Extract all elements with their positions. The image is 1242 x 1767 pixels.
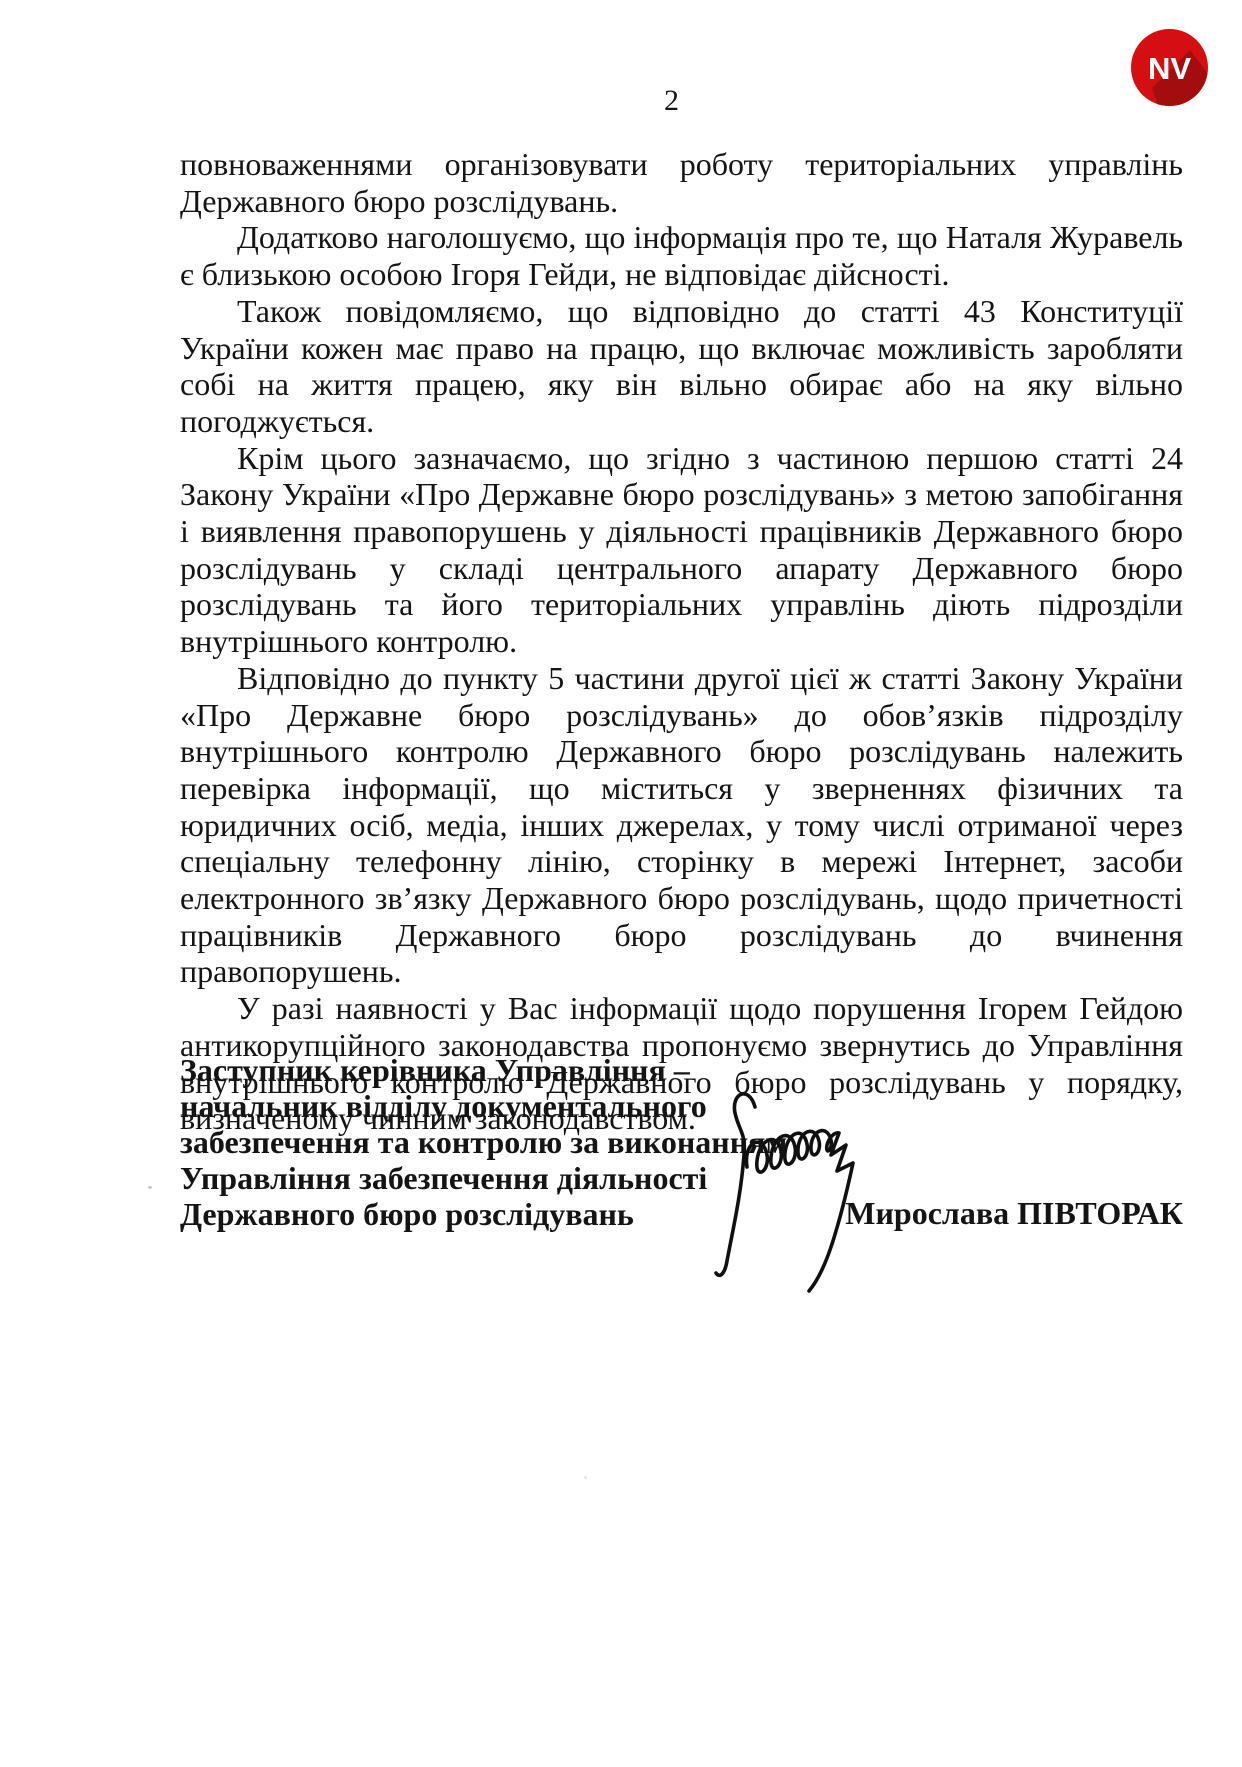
signer-title-line-3: забезпечення та контролю за виконанням xyxy=(180,1124,860,1160)
nv-logo-icon: NV xyxy=(1131,29,1208,106)
scan-artifact-dot xyxy=(584,1476,587,1479)
document-body: повноваженнями організовувати роботу тер… xyxy=(180,146,1183,1137)
scan-artifact-dot xyxy=(148,1186,152,1189)
paragraph-2: Додатково наголошуємо, що інформація про… xyxy=(180,219,1183,292)
paragraph-4: Крім цього зазначаємо, що згідно з части… xyxy=(180,440,1183,660)
paragraph-5: Відповідно до пункту 5 частини другої ці… xyxy=(180,660,1183,990)
signer-title-line-2: начальник відділу документального xyxy=(180,1088,860,1124)
signer-title-line-5: Державного бюро розслідувань xyxy=(180,1196,860,1232)
paragraph-3: Також повідомляємо, що відповідно до ста… xyxy=(180,293,1183,440)
signer-title-block: Заступник керівника Управління – начальн… xyxy=(180,1052,860,1232)
nv-logo: NV xyxy=(1131,29,1208,106)
page-number: 2 xyxy=(664,84,679,118)
signer-title-line-4: Управління забезпечення діяльності xyxy=(180,1160,860,1196)
signer-name: Мирослава ПІВТОРАК xyxy=(845,1195,1183,1231)
document-page: 2 NV повноваженнями організовувати робот… xyxy=(0,0,1242,1767)
nv-logo-text: NV xyxy=(1148,51,1191,86)
paragraph-1: повноваженнями організовувати роботу тер… xyxy=(180,146,1183,219)
signer-title-line-1: Заступник керівника Управління – xyxy=(180,1052,860,1088)
